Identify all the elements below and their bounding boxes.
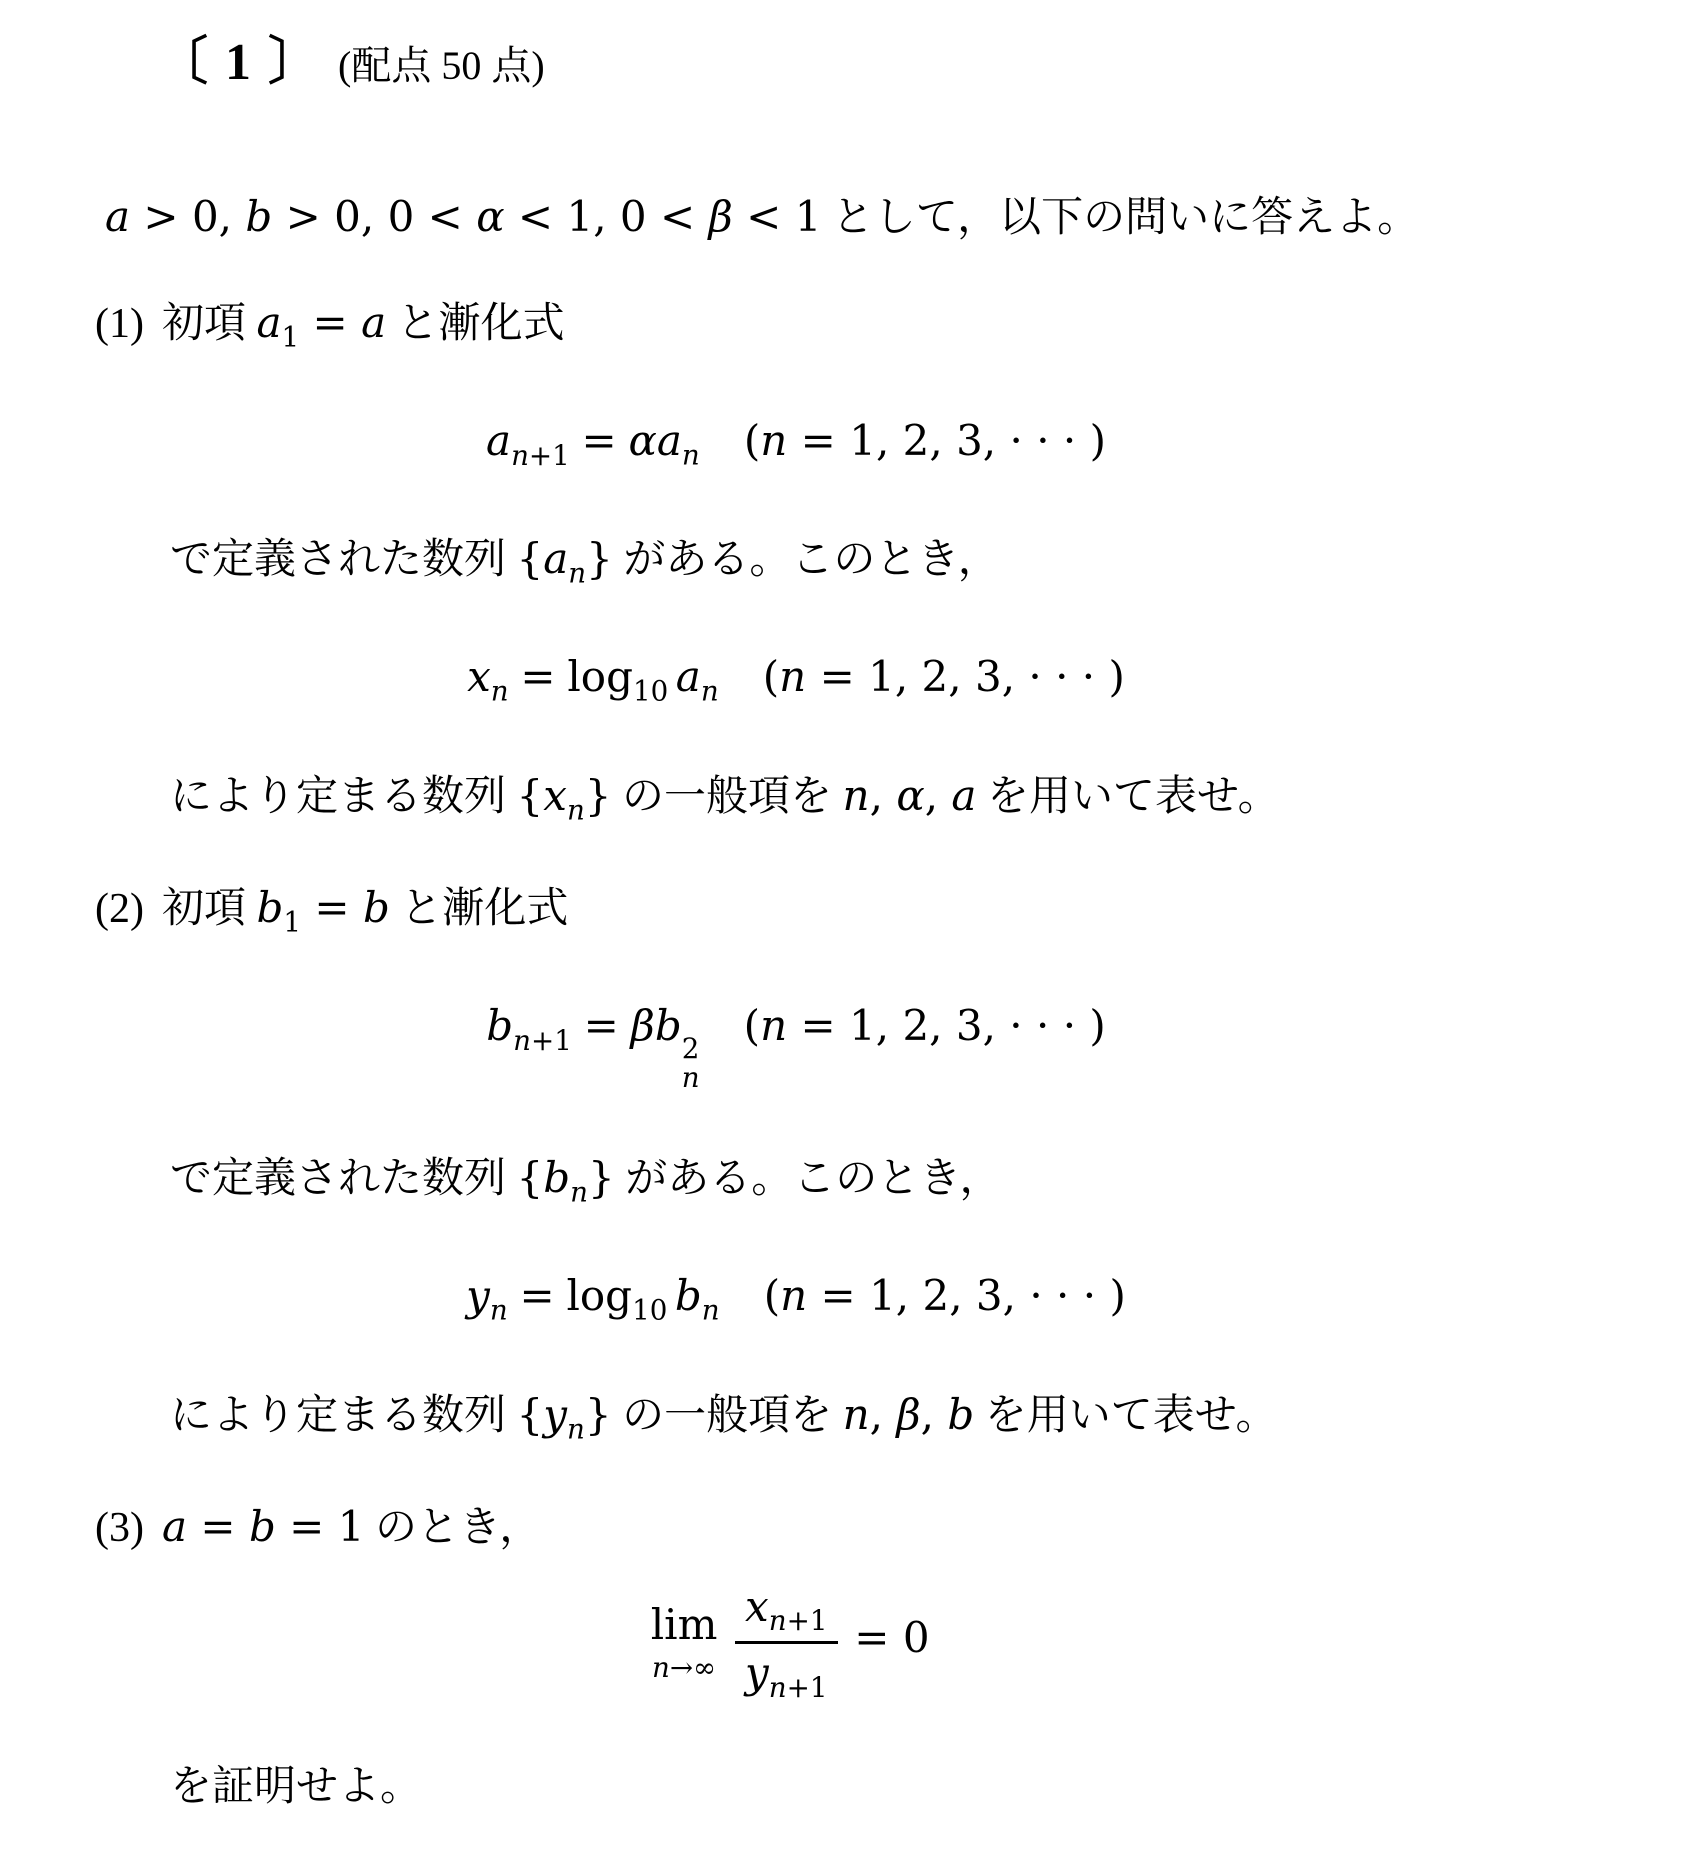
jp-text: のとき， — [364, 1505, 541, 1551]
formula-limit: limn→∞xn+1yn+1= 0 — [170, 1583, 1422, 1703]
math-var-beta: β — [896, 1390, 920, 1439]
paren-open: ( — [764, 1271, 780, 1320]
math-var: a — [257, 298, 282, 347]
problem-number: 〔 1 〕 — [156, 34, 322, 91]
fraction-numerator: xn+1 — [735, 1583, 837, 1645]
paren-open: ( — [744, 1001, 760, 1050]
jp-text: として，以下の問いに答えよ。 — [821, 195, 1419, 241]
jp-text: がある。このとき， — [615, 1156, 1002, 1202]
math-var: b — [675, 1271, 702, 1320]
part-3: (3)a = b = 1 のとき， limn→∞xn+1yn+1= 0 を証明せ… — [0, 1501, 1702, 1813]
brace-open: { — [517, 1390, 544, 1439]
math-var: a — [162, 1502, 187, 1551]
part-2-question-line: により定まる数列 {yn} の一般項を n, β, b を用いて表せ。 — [170, 1389, 1422, 1447]
math-sub-var: n — [769, 1671, 787, 1704]
math-var: b — [947, 1390, 974, 1439]
math-sub-var: n — [567, 1412, 585, 1445]
domain-note: (n = 1, 2, 3, · · · ) — [744, 1004, 1106, 1050]
math-var: b — [543, 1153, 570, 1202]
formula-b-recurrence: bn+1=βb2n(n = 1, 2, 3, · · · ) — [170, 1000, 1422, 1092]
math-sub-var: n — [769, 1604, 787, 1637]
math-sub-plain: +1 — [529, 439, 570, 472]
math-sub: n+1 — [513, 1025, 572, 1056]
math-var: a — [361, 298, 386, 347]
equals-sign: = — [520, 1271, 555, 1320]
math-plain: = — [187, 1502, 249, 1551]
math-sub-var: n — [511, 439, 529, 472]
log-operator: log — [567, 652, 633, 701]
math-sub-var: n — [490, 1294, 508, 1327]
lim-operator: limn→∞ — [651, 1604, 718, 1682]
jp-text: で定義された数列 — [170, 537, 517, 583]
math-var: n — [843, 771, 870, 820]
part-2-head: (2)初項 b1 = b と漸化式 — [95, 882, 1422, 940]
math-var: b — [249, 1502, 276, 1551]
math-var: b — [486, 1001, 513, 1050]
math-var: n — [843, 1390, 870, 1439]
problem-header: 〔 1 〕(配点 50 点) — [156, 0, 1702, 95]
math-sub: n+1 — [769, 1605, 828, 1636]
part-3-head: (3)a = b = 1 のとき， — [95, 1501, 1422, 1555]
jp-text: と漸化式 — [386, 301, 565, 347]
math-plain: , — [921, 1390, 948, 1439]
equals-sign: = — [520, 652, 555, 701]
math-var: b — [257, 883, 284, 932]
part-3-label: (3) — [95, 1505, 144, 1551]
lim-underscript: n→∞ — [652, 1654, 716, 1682]
math-sub-var: n — [567, 794, 585, 827]
math-sub-var: n — [682, 1064, 700, 1092]
arrow-infinity: →∞ — [670, 1651, 716, 1684]
math-var-alpha: α — [896, 771, 924, 820]
math-sub: n+1 — [769, 1672, 828, 1703]
math-var: y — [543, 1390, 567, 1439]
math-var: n — [780, 1271, 807, 1320]
math-plain: = — [299, 298, 361, 347]
math-sub: 1 — [282, 320, 300, 353]
part-2-label: (2) — [95, 886, 144, 932]
math-var-beta: β — [631, 1001, 655, 1050]
math-plain: = 1, 2, 3, · · · ) — [787, 1001, 1106, 1050]
math-sub: n+1 — [511, 440, 570, 471]
math-var: x — [745, 1582, 769, 1631]
math-var: x — [467, 652, 491, 701]
problem-statement: a > 0, b > 0, 0 < α < 1, 0 < β < 1 として，以… — [105, 191, 1702, 245]
math-sub-plain: +1 — [787, 1604, 828, 1637]
fraction-denominator: yn+1 — [735, 1644, 837, 1703]
math-plain: < 1 — [733, 192, 822, 241]
math-sub-var: n — [701, 675, 719, 708]
math-sub-plain: +1 — [787, 1671, 828, 1704]
exam-page: 〔 1 〕(配点 50 点) a > 0, b > 0, 0 < α < 1, … — [0, 0, 1702, 1874]
math-plain: = 1 — [276, 1502, 365, 1551]
math-var: n — [760, 416, 787, 465]
points-note: (配点 50 点) — [338, 43, 545, 88]
brace-close: } — [585, 1390, 612, 1439]
math-var: a — [676, 652, 701, 701]
math-var: n — [652, 1651, 670, 1684]
math-var: b — [655, 1001, 682, 1050]
domain-note: (n = 1, 2, 3, · · · ) — [744, 419, 1106, 465]
math-plain: , — [870, 771, 897, 820]
domain-note: (n = 1, 2, 3, · · · ) — [763, 655, 1125, 701]
math-var: b — [363, 883, 390, 932]
brace-close: } — [585, 771, 612, 820]
math-var-alpha: α — [476, 192, 504, 241]
math-plain: = 1, 2, 3, · · · ) — [807, 1271, 1126, 1320]
part-1-question-line: により定まる数列 {xn} の一般項を n, α, a を用いて表せ。 — [170, 770, 1422, 828]
math-var: a — [543, 534, 568, 583]
log-base: 10 — [632, 1294, 667, 1327]
jp-text: 初項 — [162, 886, 257, 932]
math-sub-var: n — [702, 1294, 720, 1327]
math-var-alpha: α — [629, 416, 657, 465]
part-1: (1)初項 a1 = a と漸化式 an+1=αan(n = 1, 2, 3, … — [0, 297, 1702, 829]
domain-note: (n = 1, 2, 3, · · · ) — [764, 1274, 1126, 1320]
paren-open: ( — [763, 652, 779, 701]
math-var: a — [951, 771, 976, 820]
math-var: y — [466, 1271, 490, 1320]
math-var: b — [245, 192, 272, 241]
part-1-head: (1)初項 a1 = a と漸化式 — [95, 297, 1422, 355]
paren-open: ( — [744, 416, 760, 465]
math-var: n — [779, 652, 806, 701]
math-var-beta: β — [709, 192, 733, 241]
math-plain: = — [301, 883, 363, 932]
formula-x-log: xn=log10an(n = 1, 2, 3, · · · ) — [170, 651, 1422, 709]
part-2: (2)初項 b1 = b と漸化式 bn+1=βb2n(n = 1, 2, 3,… — [0, 882, 1702, 1447]
part-1-label: (1) — [95, 301, 144, 347]
jp-text: と漸化式 — [390, 886, 569, 932]
math-sub-var: n — [570, 1176, 588, 1209]
math-sub-var: n — [568, 557, 586, 590]
math-var: a — [486, 416, 511, 465]
brace-open: { — [517, 534, 544, 583]
math-plain: = 1, 2, 3, · · · ) — [787, 416, 1106, 465]
math-sup: 2 — [682, 1035, 700, 1063]
math-plain: < 1, 0 < — [505, 192, 709, 241]
jp-text: により定まる数列 — [170, 1393, 517, 1439]
jp-text: 初項 — [162, 301, 257, 347]
part-1-defined-line: で定義された数列 {an} がある。このとき， — [170, 533, 1422, 591]
math-sub-var: n — [513, 1024, 531, 1057]
log-operator: log — [566, 1271, 632, 1320]
jp-text: により定まる数列 — [170, 774, 517, 820]
math-supsub: 2n — [682, 1035, 700, 1092]
jp-text: を証明せよ。 — [170, 1764, 422, 1810]
formula-a-recurrence: an+1=αan(n = 1, 2, 3, · · · ) — [170, 415, 1422, 473]
math-sub: 1 — [283, 906, 301, 939]
part-2-defined-line: で定義された数列 {bn} がある。このとき， — [170, 1152, 1422, 1210]
math-plain: > 0, 0 < — [272, 192, 476, 241]
jp-text: の一般項を — [612, 1393, 843, 1439]
math-sub-plain: +1 — [531, 1024, 572, 1057]
jp-text: を用いて表せ。 — [976, 774, 1279, 820]
jp-text: の一般項を — [612, 774, 843, 820]
equals-zero: = 0 — [854, 1613, 929, 1662]
brace-open: { — [517, 1153, 544, 1202]
jp-text: がある。このとき， — [613, 537, 1000, 583]
math-var: x — [543, 771, 567, 820]
brace-open: { — [517, 771, 544, 820]
equals-sign: = — [582, 416, 617, 465]
math-plain: , — [925, 771, 952, 820]
brace-close: } — [588, 1153, 615, 1202]
jp-text: を用いて表せ。 — [974, 1393, 1277, 1439]
math-sub-var: n — [682, 439, 700, 472]
part-3-prove-line: を証明せよ。 — [170, 1761, 1422, 1814]
lim-label: lim — [651, 1604, 718, 1646]
formula-y-log: yn=log10bn(n = 1, 2, 3, · · · ) — [170, 1270, 1422, 1328]
math-var: n — [760, 1001, 787, 1050]
brace-close: } — [586, 534, 613, 583]
math-plain: > 0, — [130, 192, 245, 241]
math-sub-var: n — [491, 675, 509, 708]
jp-text: で定義された数列 — [170, 1156, 517, 1202]
log-base: 10 — [633, 675, 668, 708]
math-plain: = 1, 2, 3, · · · ) — [806, 652, 1125, 701]
math-plain: , — [870, 1390, 897, 1439]
math-var: y — [745, 1648, 769, 1697]
math-var: a — [657, 416, 682, 465]
equals-sign: = — [584, 1001, 619, 1050]
fraction: xn+1yn+1 — [735, 1583, 837, 1703]
math-var: a — [105, 192, 130, 241]
